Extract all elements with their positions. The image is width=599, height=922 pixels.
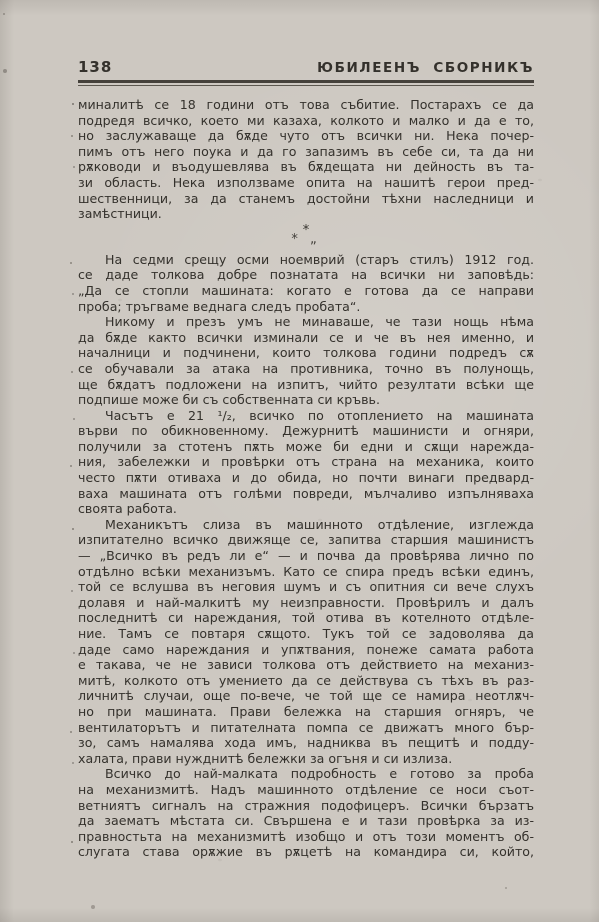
text-line: Часътъ е 21 ¹/₂, всичко по отоплението н… [78, 408, 534, 424]
text-line: долавя и най-малкитѣ му неизправности. П… [78, 595, 534, 611]
scan-speckles [0, 0, 2, 2]
text-line: Механикътъ слиза въ машинното отдѣление,… [78, 517, 534, 533]
text-line: той се вслушва въ неговия шумъ и съ опит… [78, 579, 534, 595]
text-column: миналитѣ се 18 години отъ това събитие. … [78, 97, 534, 860]
text-line: „Да се стопли машината: когато е готова … [78, 283, 534, 299]
text-line: миналитѣ се 18 години отъ това събитие. … [78, 97, 534, 113]
text-line: вентилаторътъ и питателната помпа се дви… [78, 720, 534, 736]
text-line: слугата става орѫжие въ рѫцетѣ на команд… [78, 844, 534, 860]
section-separator-asterism: ** „ [78, 222, 534, 252]
text-line: ще бѫдатъ подложени на изпитъ, чийто рез… [78, 377, 534, 393]
text-line: е такава, че не зависи толкова отъ дейст… [78, 657, 534, 673]
text-line: отдѣлно всѣки механизъмъ. Като се спира … [78, 564, 534, 580]
text-line: — „Всичко въ редъ ли е“ — и почва да про… [78, 548, 534, 564]
text-line: подпише може би съ собственната си кръвь… [78, 392, 534, 408]
text-line: ние. Тамъ се повтаря сѫщото. Тукъ той се… [78, 626, 534, 642]
header-rule-thick [78, 80, 534, 83]
text-line: зи область. Нека използваме опита на наш… [78, 175, 534, 191]
asterisk-row: * „ [78, 235, 534, 244]
text-line: да заематъ мѣстата си. Свършена е и тази… [78, 813, 534, 829]
text-line: често пѫти отиваха и до обида, но почти … [78, 470, 534, 486]
text-line: подредя всичко, което ми казаха, колкото… [78, 113, 534, 129]
header-rule-thin [78, 85, 534, 86]
text-line: получили за стотенъ пѫть може би едни и … [78, 439, 534, 455]
text-line: На седми срещу осми ноемврий (старъ стил… [78, 252, 534, 268]
text-line: върви по обикновенному. Дежурнитѣ машини… [78, 423, 534, 439]
text-line: замѣстници. [78, 206, 534, 222]
running-title: ЮБИЛЕЕНЪ СБОРНИКЪ [317, 60, 534, 76]
text-line: халата, прави нужднитѣ бележки за огъня … [78, 751, 534, 767]
text-line: на механизмитѣ. Надъ машинното отдѣление… [78, 782, 534, 798]
text-line: последнитѣ си нареждания, той отива въ к… [78, 610, 534, 626]
text-line: ветниятъ сигналъ на стражния подофицеръ.… [78, 798, 534, 814]
text-line: да бѫде както всички изминали се и че въ… [78, 330, 534, 346]
text-line: се обучавали за атака на противника, точ… [78, 361, 534, 377]
text-line: правностьта на механизмитѣ изобщо и отъ … [78, 829, 534, 845]
text-line: ния, забележки и провѣрки отъ страна на … [78, 454, 534, 470]
text-line: зо, самъ намалява хода имъ, надниква въ … [78, 735, 534, 751]
text-line: шественници, за да станемъ достойни тѣхн… [78, 191, 534, 207]
page-header: 138 ЮБИЛЕЕНЪ СБОРНИКЪ [78, 58, 534, 86]
text-line: Никому и презъ умъ не минаваше, че тази … [78, 314, 534, 330]
text-line: даде само нареждания и упѫтвания, понеже… [78, 642, 534, 658]
text-line: изпитателно всичко движяще се, запитва с… [78, 532, 534, 548]
text-line: ваха машината отъ голѣми повреди, мълчал… [78, 486, 534, 502]
header-rule [78, 80, 534, 86]
text-line: но заслужаваще да бѫде чуто отъ всички н… [78, 128, 534, 144]
text-line: митѣ, колкото отъ умението да се действу… [78, 673, 534, 689]
text-line: личнитѣ случаи, още по-вече, че той ще с… [78, 688, 534, 704]
text-line: рѫководи и въодушевлява въ бѫдещата ни д… [78, 159, 534, 175]
text-line: началници и подчинени, които толкова год… [78, 345, 534, 361]
scanned-book-page: 138 ЮБИЛЕЕНЪ СБОРНИКЪ миналитѣ се 18 год… [0, 0, 599, 922]
text-line: Всичко до най-малката подробность е гото… [78, 766, 534, 782]
text-line: пимъ отъ него поука и да го запазимъ въ … [78, 144, 534, 160]
text-line: проба; тръгваме веднага следъ пробата“. [78, 299, 534, 315]
text-line: но при машината. Прави бележка на старши… [78, 704, 534, 720]
text-line: се даде толкова добре познатата на всичк… [78, 267, 534, 283]
page-number: 138 [78, 58, 112, 76]
text-line: своята работа. [78, 501, 534, 517]
